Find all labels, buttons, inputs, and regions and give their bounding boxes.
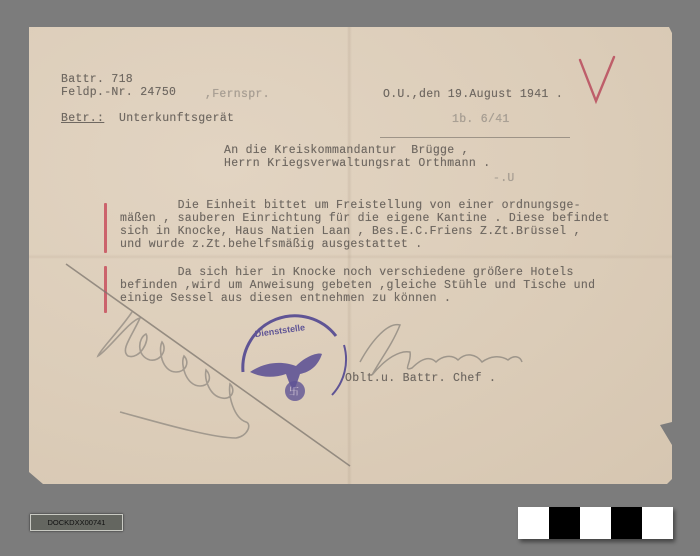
- body-p2-line-2: befinden ,wird um Anweisung gebeten ,gle…: [120, 279, 595, 292]
- body-p1-line-2: mäßen , sauberen Einrichtung für die eig…: [120, 212, 610, 225]
- red-margin-mark-2: [104, 266, 107, 313]
- reference-number: 1b. 6/41: [452, 113, 510, 126]
- document-id-label: DOCKDXX00741: [30, 514, 123, 531]
- subject-value: Unterkunftsgerät: [119, 112, 234, 125]
- unit-designation: Battr. 718: [61, 73, 133, 86]
- scale-swatch-white: [580, 507, 611, 539]
- color-calibration-scale: [518, 507, 673, 539]
- scale-swatch-white: [642, 507, 673, 539]
- recipient-mark: -.U: [493, 172, 515, 185]
- body-p2-line-1: Da sich hier in Knocke noch verschiedene…: [120, 266, 574, 279]
- recipient-line-1: An die Kreiskommandantur Brügge ,: [224, 144, 469, 157]
- field-post-number: Feldp.-Nr. 24750: [61, 86, 176, 99]
- place-date: O.U.,den 19.August 1941 .: [383, 88, 563, 101]
- scale-swatch-white: [518, 507, 549, 539]
- body-p2-line-3: einige Sessel aus diesen entnehmen zu kö…: [120, 292, 451, 305]
- body-p1-line-1: Die Einheit bittet um Freistellung von e…: [120, 199, 581, 212]
- scale-swatch-black: [549, 507, 580, 539]
- subject-label: Betr.:: [61, 112, 104, 125]
- recipient-line-2: Herrn Kriegsverwaltungsrat Orthmann .: [224, 157, 490, 170]
- divider-line: [380, 137, 570, 138]
- scale-swatch-black: [611, 507, 642, 539]
- red-margin-mark-1: [104, 203, 107, 253]
- body-p1-line-4: und wurde z.Zt.behelfsmäßig ausgestattet…: [120, 238, 422, 251]
- faint-stamp-text: ,Fernspr.: [205, 88, 270, 101]
- signature-title: Oblt.u. Battr. Chef .: [345, 372, 496, 385]
- body-p1-line-3: sich in Knocke, Haus Natien Laan , Bes.E…: [120, 225, 581, 238]
